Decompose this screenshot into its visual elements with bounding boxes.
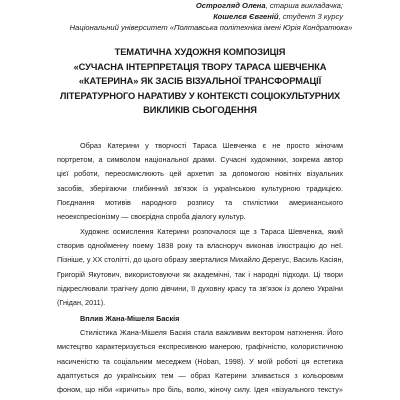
author-2-role: , студент 3 курсу	[279, 12, 343, 21]
text-line: адаптується до українських тем — образ К…	[57, 369, 343, 383]
text-line: Художнє осмислення Катерини розпочалося …	[57, 225, 343, 239]
text-line: Пізніше, у XX столітті, до цього образу …	[57, 253, 343, 267]
text-line: підкреслювали трагічну долю дівчини, її …	[57, 282, 343, 296]
text-line: мистецтво характеризується експресивною …	[57, 340, 343, 354]
text-line: насиченістю та соціальним меседжем (Hoba…	[57, 355, 343, 369]
paragraph-2: Художнє осмислення Катерини розпочалося …	[57, 225, 343, 310]
title-line: ЛІТЕРАТУРНОГО НАРАТИВУ У КОНТЕКСТІ СОЦІО…	[40, 89, 360, 104]
title-line: «КАТЕРИНА» ЯК ЗАСІБ ВІЗУАЛЬНОЇ ТРАНСФОРМ…	[40, 74, 360, 89]
document-page: Острогляд Олена, старша викладачка; Коше…	[0, 0, 400, 400]
author-2-name: Кошелєв Євгеній	[213, 12, 278, 21]
text-line: портретом, а символом національної драми…	[57, 153, 343, 167]
paper-title: ТЕМАТИЧНА ХУДОЖНЯ КОМПОЗИЦІЯ «СУЧАСНА ІН…	[40, 45, 360, 118]
text-line: створив однойменну поему 1838 року та вл…	[57, 239, 343, 253]
text-line: Образ Катерини у творчості Тараса Шевчен…	[57, 139, 343, 153]
author-1-role: , старша викладачка;	[266, 1, 343, 10]
author-2: Кошелєв Євгеній, студент 3 курсу	[196, 11, 343, 22]
author-1-name: Острогляд Олена	[196, 1, 266, 10]
title-line: ВИКЛИКІВ СЬОГОДЕННЯ	[40, 103, 360, 118]
title-line: ТЕМАТИЧНА ХУДОЖНЯ КОМПОЗИЦІЯ	[40, 45, 360, 60]
text-line: (Гнідан, 2011).	[57, 296, 343, 310]
text-line: Стилістика Жана-Мішеля Баскія стала важл…	[57, 326, 343, 340]
section-heading: Вплив Жана-Мішеля Баскія	[57, 312, 343, 326]
text-line: засобів, зберігаючи глибинний зв'язок із…	[57, 182, 343, 196]
text-line: Григорій Якутович, використовуючи як ака…	[57, 268, 343, 282]
text-line: Поєднання мотивів народного розпису та с…	[57, 196, 343, 210]
author-1: Острогляд Олена, старша викладачка;	[196, 0, 343, 11]
section-baskia: Вплив Жана-Мішеля Баскія Стилістика Жана…	[57, 312, 343, 397]
author-block: Острогляд Олена, старша викладачка; Коше…	[196, 0, 343, 22]
paragraph-1: Образ Катерини у творчості Тараса Шевчен…	[57, 139, 343, 224]
affiliation: Національний університет «Полтавська пол…	[0, 22, 400, 33]
title-line: «СУЧАСНА ІНТЕРПРЕТАЦІЯ ТВОРУ ТАРАСА ШЕВЧ…	[40, 60, 360, 75]
text-line: неоекспресіонізму — своєрідна спроба діа…	[57, 210, 343, 224]
text-line: цієї роботи, переосмислюють цей архетип …	[57, 167, 343, 181]
text-line: фоном, що ніби «кричить» про біль, волю,…	[57, 383, 343, 397]
